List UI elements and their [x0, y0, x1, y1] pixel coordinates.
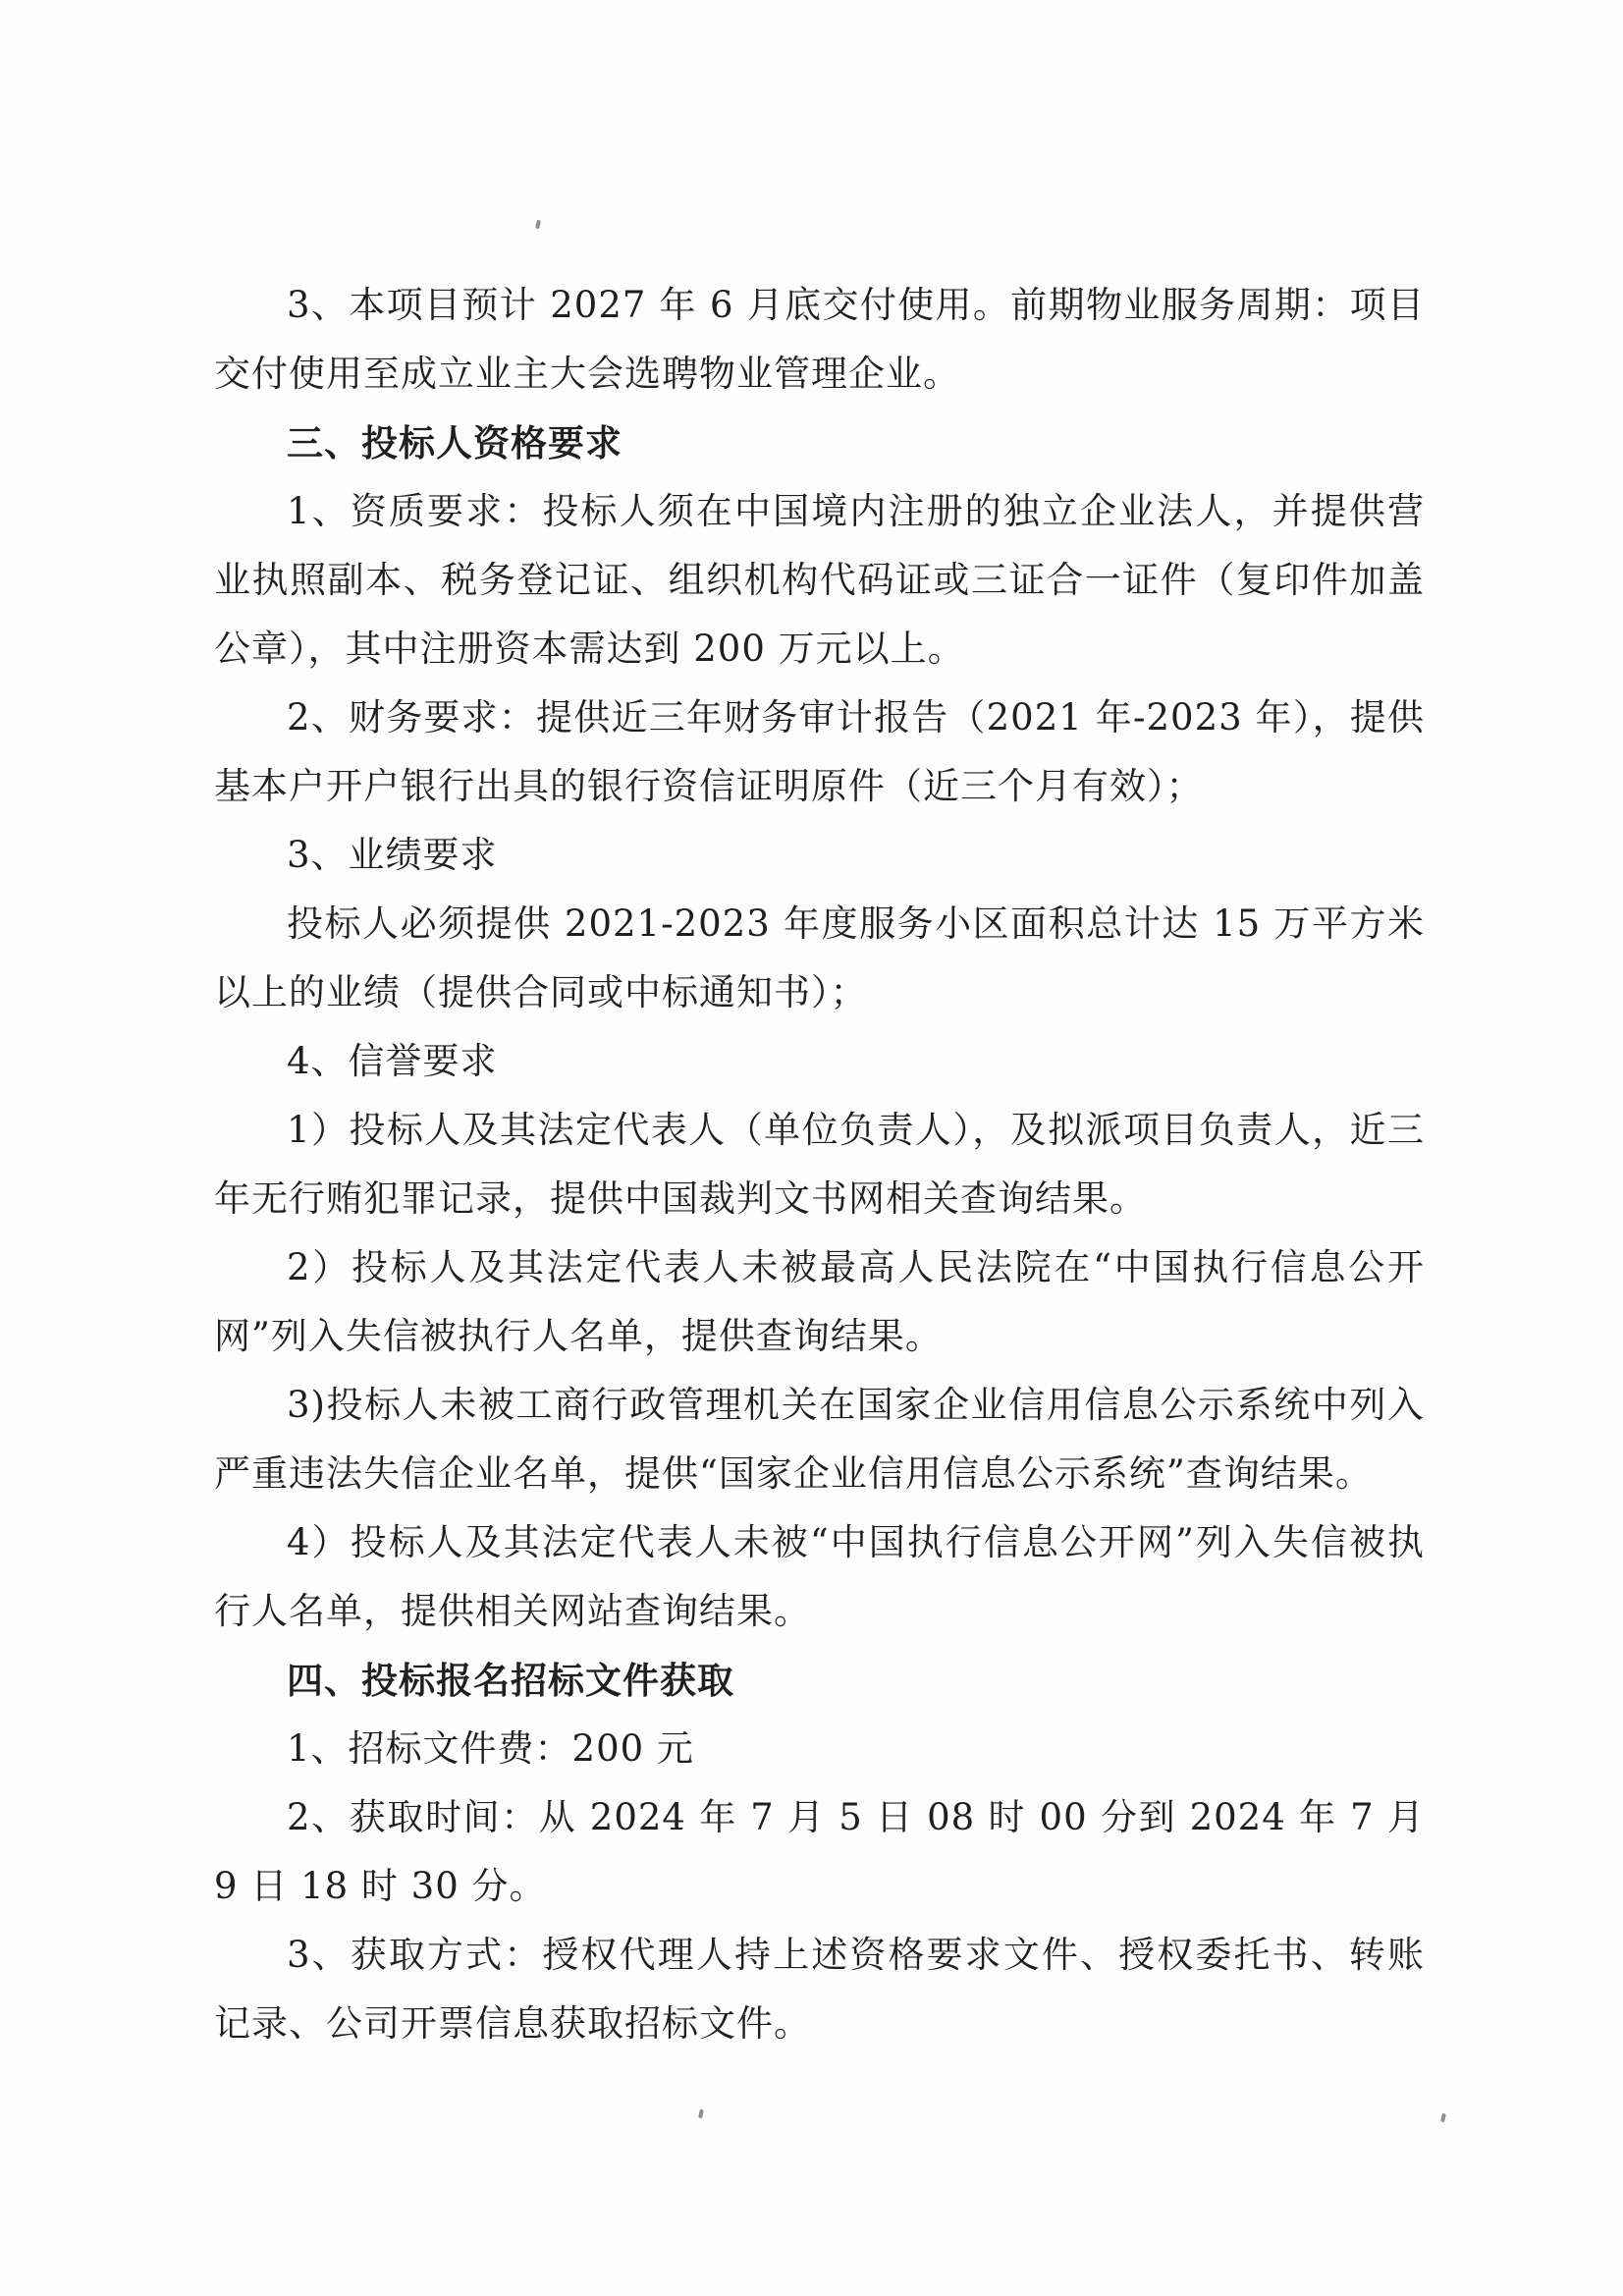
body-paragraph: 1、招标文件费：200 元 [214, 1715, 1425, 1783]
body-paragraph: 4）投标人及其法定代表人未被“中国执行信息公开网”列入失信被执行人名单，提供相关… [214, 1508, 1425, 1646]
body-paragraph: 投标人必须提供 2021-2023 年度服务小区面积总计达 15 万平方米以上的… [214, 890, 1425, 1027]
body-paragraph: 3、获取方式：授权代理人持上述资格要求文件、授权委托书、转账记录、公司开票信息获… [214, 1921, 1425, 2058]
body-paragraph: 4、信誉要求 [214, 1027, 1425, 1096]
section-heading: 四、投标报名招标文件获取 [214, 1646, 1425, 1715]
body-paragraph: 3、业绩要求 [214, 821, 1425, 890]
scan-speck [1440, 2113, 1446, 2123]
body-paragraph: 3、本项目预计 2027 年 6 月底交付使用。前期物业服务周期：项目交付使用至… [214, 271, 1425, 409]
body-paragraph: 1）投标人及其法定代表人（单位负责人），及拟派项目负责人，近三年无行贿犯罪记录，… [214, 1096, 1425, 1233]
scan-speck [535, 220, 541, 230]
document-text-block: 3、本项目预计 2027 年 6 月底交付使用。前期物业服务周期：项目交付使用至… [214, 271, 1425, 2058]
body-paragraph: 2、财务要求：提供近三年财务审计报告（2021 年-2023 年），提供基本户开… [214, 683, 1425, 821]
scan-speck [698, 2109, 704, 2119]
body-paragraph: 2、获取时间：从 2024 年 7 月 5 日 08 时 00 分到 2024 … [214, 1783, 1425, 1921]
body-paragraph: 3)投标人未被工商行政管理机关在国家企业信用信息公示系统中列入严重违法失信企业名… [214, 1371, 1425, 1508]
section-heading: 三、投标人资格要求 [214, 409, 1425, 477]
body-paragraph: 1、资质要求：投标人须在中国境内注册的独立企业法人，并提供营业执照副本、税务登记… [214, 477, 1425, 683]
body-paragraph: 2）投标人及其法定代表人未被最高人民法院在“中国执行信息公开网”列入失信被执行人… [214, 1233, 1425, 1371]
scanned-document-page: 3、本项目预计 2027 年 6 月底交付使用。前期物业服务周期：项目交付使用至… [0, 0, 1623, 2296]
